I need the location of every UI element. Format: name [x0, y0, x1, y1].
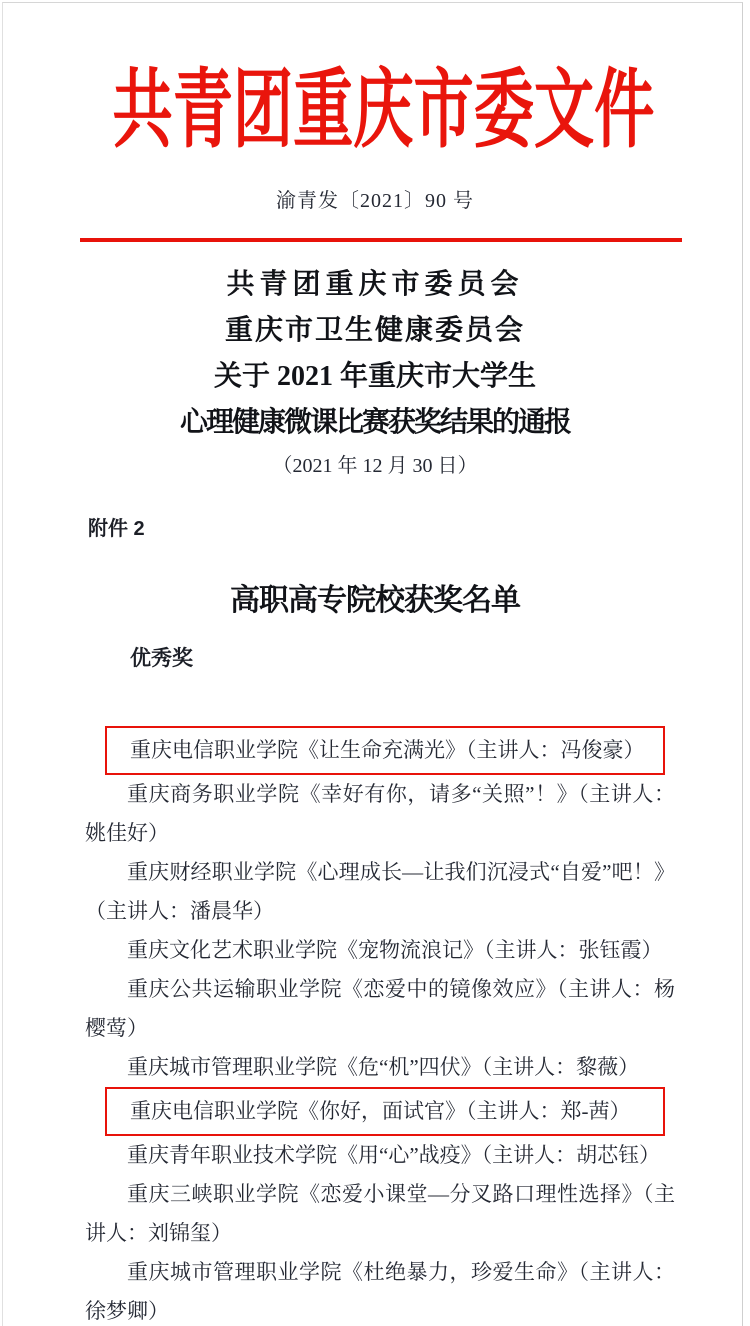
award-entry: 重庆城市管理职业学院《危“机”四伏》（主讲人：黎薇） — [85, 1048, 675, 1087]
red-separator-line — [80, 238, 682, 242]
award-section-heading: 优秀奖 — [130, 645, 193, 672]
attachment-label: 附件 2 — [88, 516, 145, 542]
award-entry: 重庆三峡职业学院《恋爱小课堂—分叉路口理性选择》（主讲人：刘锦玺） — [85, 1175, 675, 1253]
doc-title-line-subject-2: 心理健康微课比赛获奖结果的通报 — [0, 400, 750, 446]
doc-title-line-issuer-1: 共青团重庆市委员会 — [0, 262, 750, 308]
document-page: 共青团重庆市委文件 渝青发〔2021〕90 号 共青团重庆市委员会 重庆市卫生健… — [0, 0, 750, 1326]
doc-number: 渝青发〔2021〕90 号 — [0, 188, 750, 214]
award-entry-highlighted: 重庆电信职业学院《你好，面试官》（主讲人：郑-茜） — [105, 1087, 665, 1136]
award-entry: 重庆商务职业学院《幸好有你，请多“关照”！》（主讲人：姚佳好） — [85, 775, 675, 853]
doc-title-line-issuer-2: 重庆市卫生健康委员会 — [0, 308, 750, 354]
award-entry: 重庆文化艺术职业学院《宠物流浪记》（主讲人：张钰霞） — [85, 931, 675, 970]
award-entry: 重庆公共运输职业学院《恋爱中的镜像效应》（主讲人：杨樱莺） — [85, 970, 675, 1048]
award-entry: 重庆城市管理职业学院《杜绝暴力，珍爱生命》（主讲人：徐梦卿） — [85, 1253, 675, 1326]
award-entry: 重庆财经职业学院《心理成长—让我们沉浸式“自爱”吧！》（主讲人：潘晨华） — [85, 853, 675, 931]
banner-title: 共青团重庆市委文件 — [113, 58, 638, 162]
award-entries-list: 重庆电信职业学院《让生命充满光》（主讲人：冯俊豪） 重庆商务职业学院《幸好有你，… — [85, 726, 675, 1326]
doc-title-line-subject-1: 关于 2021 年重庆市大学生 — [0, 354, 750, 400]
doc-date: （2021 年 12 月 30 日） — [0, 452, 750, 480]
award-entry: 重庆青年职业技术学院《用“心”战疫》（主讲人：胡芯钰） — [85, 1136, 675, 1175]
award-entry-highlighted: 重庆电信职业学院《让生命充满光》（主讲人：冯俊豪） — [105, 726, 665, 775]
attachment-title: 高职高专院校获奖名单 — [0, 582, 750, 620]
doc-title: 共青团重庆市委员会 重庆市卫生健康委员会 关于 2021 年重庆市大学生 心理健… — [0, 262, 750, 446]
